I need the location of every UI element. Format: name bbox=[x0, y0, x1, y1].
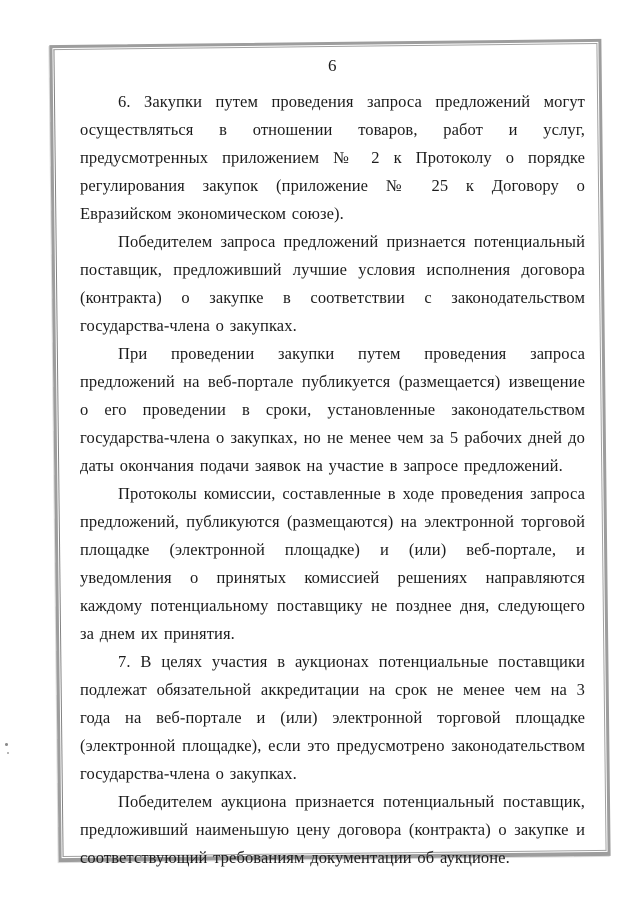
text-block: 6. Закупки путем проведения запроса пред… bbox=[80, 88, 585, 872]
paragraph-winner-request-proposals: Победителем запроса предложений признает… bbox=[80, 228, 585, 340]
paragraph-auction-winner: Победителем аукциона признается потенциа… bbox=[80, 788, 585, 872]
paragraph-7-auction-accreditation: 7. В целях участия в аукционах потенциал… bbox=[80, 648, 585, 788]
paragraph-6-request-proposals: 6. Закупки путем проведения запроса пред… bbox=[80, 88, 585, 228]
scan-speck bbox=[7, 752, 9, 754]
page-body: 6 6. Закупки путем проведения запроса пр… bbox=[80, 56, 585, 872]
paragraph-web-portal-notice: При проведении закупки путем проведения … bbox=[80, 340, 585, 480]
page-number: 6 bbox=[80, 56, 585, 76]
paragraph-commission-protocols: Протоколы комиссии, составленные в ходе … bbox=[80, 480, 585, 648]
scan-speck bbox=[5, 743, 8, 746]
